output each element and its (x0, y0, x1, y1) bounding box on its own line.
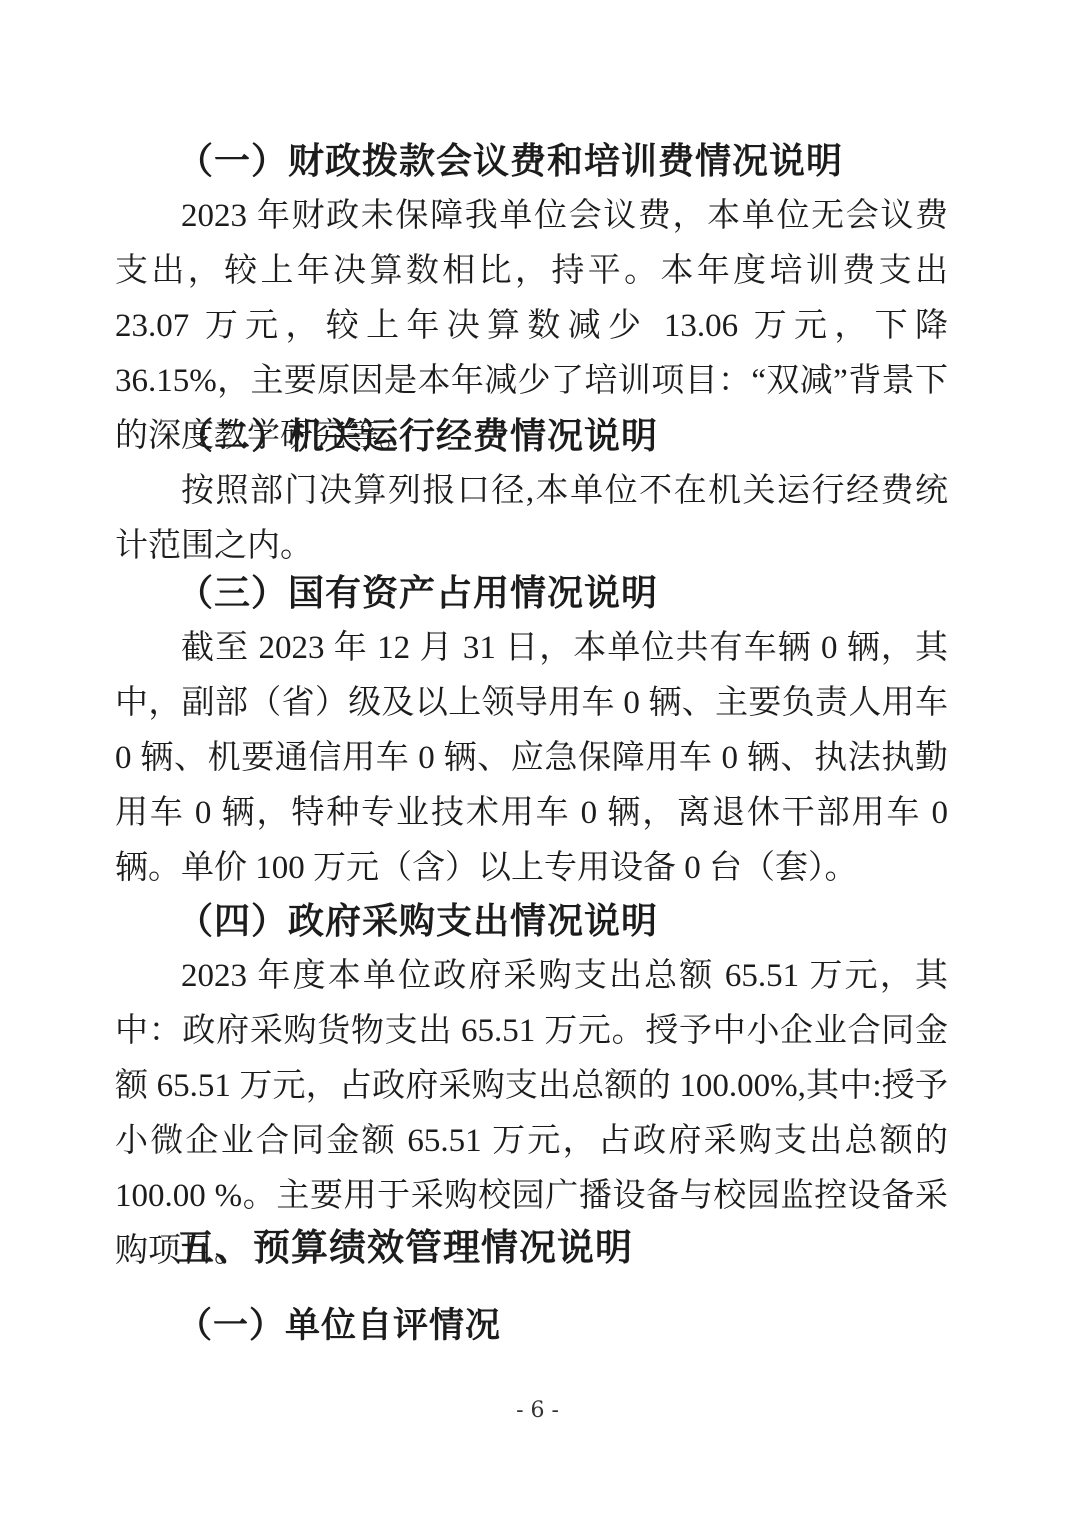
section-heading-government-procurement: （四）政府采购支出情况说明 (115, 894, 948, 949)
section-heading-self-evaluation: （一）单位自评情况 (115, 1300, 948, 1352)
document-page: （一）财政拨款会议费和培训费情况说明 2023 年财政未保障我单位会议费，本单位… (0, 0, 1075, 1520)
paragraph-agency-operating-funds: 按照部门决算列报口径,本单位不在机关运行经费统计范围之内。 (115, 464, 948, 574)
section-heading-state-assets: （三）国有资产占用情况说明 (115, 566, 948, 621)
paragraph-state-assets: 截至 2023 年 12 月 31 日，本单位共有车辆 0 辆，其中，副部（省）… (115, 621, 948, 896)
section-heading-fiscal-meeting-training-fees: （一）财政拨款会议费和培训费情况说明 (115, 134, 948, 189)
section-heading-agency-operating-funds: （二）机关运行经费情况说明 (115, 409, 948, 464)
chapter-heading-budget-performance: 五、预算绩效管理情况说明 (115, 1222, 948, 1274)
page-number: - 6 - (0, 1398, 1075, 1423)
